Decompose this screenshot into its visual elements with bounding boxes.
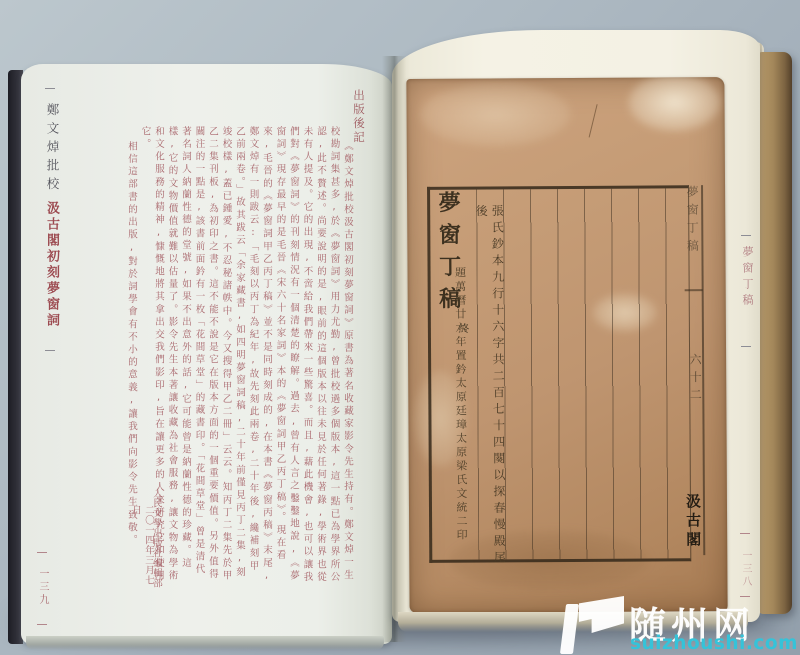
afterword-body: 《鄭文焯批校汲古閣初刻夢窗詞》原書為著名收藏家影令先生持有。鄭文焯一生校勘詞集甚… <box>162 126 354 585</box>
bracket-mark <box>740 533 750 538</box>
manuscript-note-right: 張氏鈔本九行十六字共二百七十四闋以探春慢殿尾後 <box>473 204 507 576</box>
manuscript-ruled-lines <box>476 188 690 559</box>
watermark-site-url: suizhoushi.com <box>630 633 798 654</box>
running-title-right: 夢窗丁稿 <box>740 246 754 316</box>
bracket-mark <box>741 342 751 347</box>
manuscript-note-left: 題萬曆廿六年置鈐太原廷璋太原梁氏文統二印 <box>453 267 469 555</box>
page-number-left: 一三九 <box>36 568 49 614</box>
open-book-photo: 鄭文焯批校 汲古閣初刻夢窗詞 出版後記 《鄭文焯批校汲古閣初刻夢窗詞》原書為著名… <box>0 0 800 655</box>
watermark-logo-flag <box>579 596 624 633</box>
bracket-mark <box>45 88 55 93</box>
bracket-mark <box>37 620 47 625</box>
manuscript-plate: 夢窗丁稿 終 張氏鈔本九行十六字共二百七十四闋以探春慢殿尾後 題萬曆廿六年置鈐太… <box>406 77 727 613</box>
paper-crack <box>589 104 598 137</box>
page-gutter <box>382 56 406 642</box>
bracket-mark <box>37 552 47 557</box>
watermark-logo <box>562 596 624 654</box>
bracket-mark <box>741 235 751 240</box>
paper-stain <box>420 82 570 147</box>
afterword-paragraph: 《鄭文焯批校汲古閣初刻夢窗詞》原書為著名收藏家影令先生持有。鄭文焯一生校勘詞集甚… <box>138 126 354 585</box>
watermark-logo-pole <box>560 604 579 654</box>
paper-stain <box>628 77 720 132</box>
publication-date: 二〇一四年三月七日 <box>129 505 155 593</box>
manuscript-margin-number: 六十二 <box>687 353 702 415</box>
left-page: 鄭文焯批校 汲古閣初刻夢窗詞 出版後記 《鄭文焯批校汲古閣初刻夢窗詞》原書為著名… <box>21 64 392 644</box>
bracket-mark <box>45 346 55 351</box>
bottom-page-stack-left <box>26 636 384 650</box>
manuscript-margin-title: 夢窗丁稿 <box>684 185 701 267</box>
front-cover-edge <box>758 52 792 614</box>
page-number-right: 一三八 <box>739 550 752 594</box>
manuscript-margin-divider <box>685 289 703 291</box>
spine-title-prefix: 鄭文焯批校 <box>44 103 60 207</box>
manuscript-corner-stamp: 汲古閣 <box>684 493 702 561</box>
spine-title-main: 汲古閣初刻夢窗詞 <box>43 201 60 343</box>
